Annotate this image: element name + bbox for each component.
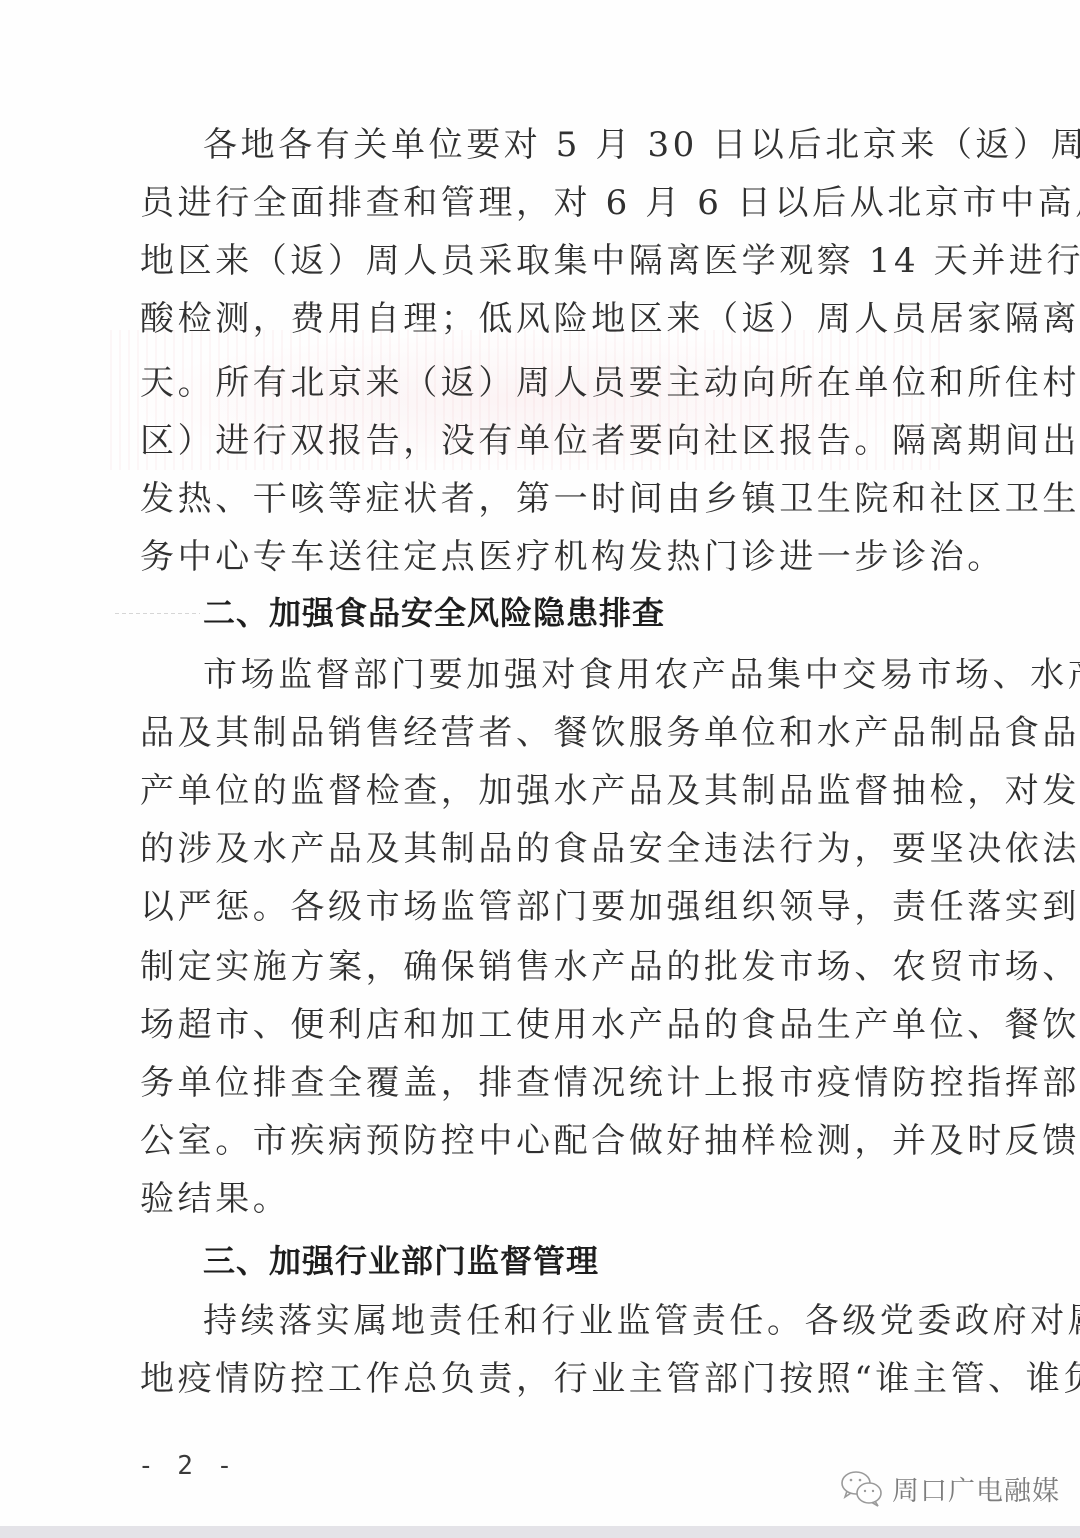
paragraph-line: 验结果。	[140, 1170, 913, 1228]
paragraph-line: 的涉及水产品及其制品的食品安全违法行为，要坚决依法予	[140, 820, 913, 878]
document-page: 各地各有关单位要对 5 月 30 日以后北京来（返）周人 员进行全面排查和管理，…	[0, 0, 1080, 1526]
paragraph-line: 天。所有北京来（返）周人员要主动向所在单位和所住村（社	[140, 354, 913, 412]
page-number: - 2 -	[138, 1446, 236, 1486]
paragraph-line: 地区来（返）周人员采取集中隔离医学观察 14 天并进行核	[140, 232, 913, 290]
source-watermark: 周口广电融媒	[838, 1467, 1060, 1509]
section-heading: 三、加强行业部门监督管理	[203, 1232, 599, 1290]
paragraph-line: 公室。市疾病预防控中心配合做好抽样检测，并及时反馈检	[140, 1112, 913, 1170]
paragraph-line: 市场监督部门要加强对食用农产品集中交易市场、水产	[203, 646, 913, 704]
paragraph-line: 品及其制品销售经营者、餐饮服务单位和水产品制品食品生	[140, 704, 913, 762]
paragraph-line: 地疫情防控工作总负责，行业主管部门按照“谁主管、谁负	[140, 1350, 913, 1408]
bottom-edge-strip	[0, 1526, 1080, 1538]
paragraph-line: 酸检测，费用自理；低风险地区来（返）周人员居家隔离 7	[140, 290, 913, 348]
paragraph-line: 务单位排查全覆盖，排查情况统计上报市疫情防控指挥部办	[140, 1054, 913, 1112]
paragraph-line: 产单位的监督检查，加强水产品及其制品监督抽检，对发现	[140, 762, 913, 820]
paragraph-line: 持续落实属地责任和行业监管责任。各级党委政府对属	[203, 1292, 913, 1350]
watermark-label: 周口广电融媒	[892, 1469, 1060, 1508]
paragraph-line: 制定实施方案，确保销售水产品的批发市场、农贸市场、商	[140, 938, 913, 996]
section-heading: 二、加强食品安全风险隐患排查	[203, 584, 665, 642]
paragraph-line: 以严惩。各级市场监管部门要加强组织领导，责任落实到人，	[140, 878, 913, 936]
scan-artifact-line	[115, 613, 200, 614]
paragraph-line: 发热、干咳等症状者，第一时间由乡镇卫生院和社区卫生服	[140, 470, 913, 528]
paragraph-line: 区）进行双报告，没有单位者要向社区报告。隔离期间出现	[140, 412, 913, 470]
paragraph-line: 务中心专车送往定点医疗机构发热门诊进一步诊治。	[140, 528, 913, 586]
wechat-icon	[838, 1468, 886, 1508]
paragraph-line: 员进行全面排查和管理，对 6 月 6 日以后从北京市中高风险	[140, 174, 913, 232]
paragraph-line: 场超市、便利店和加工使用水产品的食品生产单位、餐饮服	[140, 996, 913, 1054]
paragraph-line: 各地各有关单位要对 5 月 30 日以后北京来（返）周人	[203, 116, 913, 174]
